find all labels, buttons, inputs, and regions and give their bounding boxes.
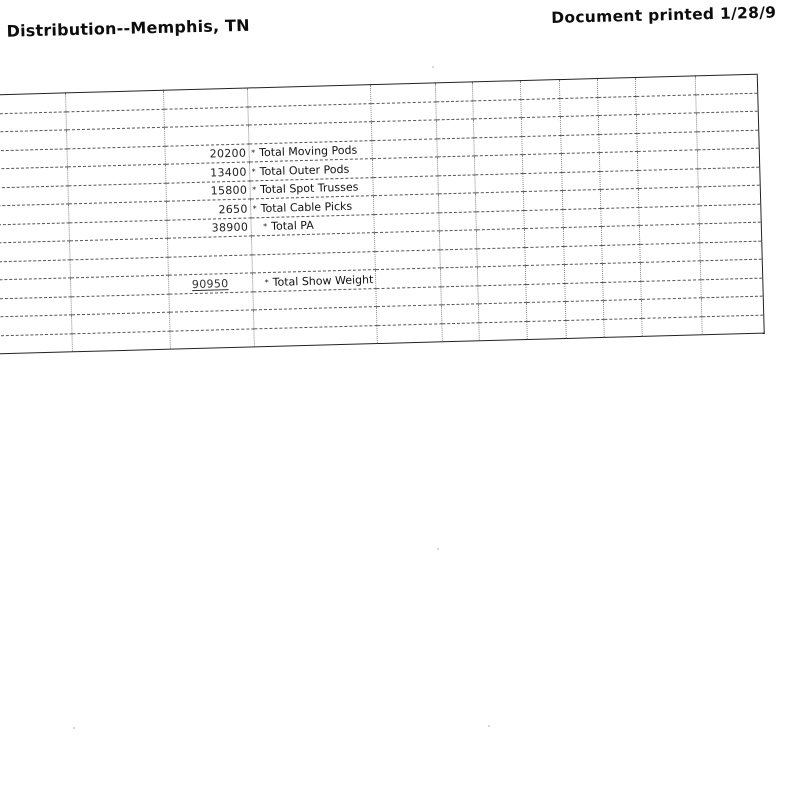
asterisk-marker-icon: * bbox=[252, 167, 256, 176]
empty-cell bbox=[696, 111, 758, 131]
empty-cell bbox=[638, 168, 698, 188]
weight-value-cell: 2650 bbox=[166, 199, 250, 220]
empty-cell bbox=[560, 116, 598, 136]
empty-cell bbox=[599, 133, 637, 153]
empty-cell bbox=[561, 134, 599, 154]
empty-cell bbox=[695, 74, 757, 94]
empty-cell bbox=[602, 262, 640, 282]
empty-cell bbox=[440, 230, 477, 249]
weight-value-cell: 90950 bbox=[168, 273, 252, 294]
empty-cell bbox=[524, 209, 563, 229]
empty-cell bbox=[524, 191, 563, 211]
empty-cell bbox=[638, 187, 698, 207]
empty-cell bbox=[373, 157, 438, 177]
page-title: : Distribution--Memphis, TN bbox=[0, 16, 250, 41]
weight-value-cell: 38900 bbox=[166, 217, 250, 238]
empty-cell bbox=[522, 135, 561, 155]
weight-value-cell: 20200 bbox=[164, 143, 248, 164]
weight-label-text: Total Show Weight bbox=[272, 273, 373, 289]
empty-cell bbox=[436, 100, 473, 119]
empty-cell bbox=[526, 264, 565, 284]
empty-cell bbox=[71, 331, 169, 352]
empty-cell bbox=[640, 242, 700, 262]
empty-cell bbox=[375, 249, 440, 269]
empty-cell bbox=[637, 150, 697, 170]
weight-label-text: Total Spot Trusses bbox=[260, 181, 359, 197]
print-date-stamp: Document printed 1/28/9 bbox=[551, 4, 776, 27]
weight-value-cell bbox=[167, 254, 251, 275]
asterisk-marker-icon: * bbox=[265, 277, 269, 286]
scan-speck bbox=[437, 548, 439, 550]
weight-label: *Total Cable Picks bbox=[252, 199, 352, 215]
weight-label-text: Total Moving Pods bbox=[259, 144, 357, 160]
empty-cell bbox=[479, 303, 527, 323]
weight-distribution-table: 20200*Total Moving Pods13400*Total Outer… bbox=[0, 74, 765, 355]
empty-cell bbox=[701, 296, 763, 316]
weight-label: *Total Moving Pods bbox=[251, 144, 357, 160]
empty-cell bbox=[604, 318, 642, 338]
empty-cell bbox=[641, 279, 701, 299]
spreadsheet-printout: 20200*Total Moving Pods13400*Total Outer… bbox=[0, 74, 765, 355]
empty-cell bbox=[697, 148, 759, 168]
empty-cell bbox=[701, 278, 763, 298]
weight-value-cell bbox=[164, 125, 248, 146]
empty-cell bbox=[474, 136, 522, 156]
empty-cell bbox=[560, 97, 598, 117]
empty-cell bbox=[600, 188, 638, 208]
empty-cell bbox=[371, 83, 436, 103]
empty-cell bbox=[565, 282, 603, 302]
empty-cell bbox=[601, 207, 639, 227]
empty-cell bbox=[375, 231, 440, 251]
weight-label-text: Total Outer Pods bbox=[259, 162, 349, 177]
empty-cell bbox=[437, 137, 474, 156]
asterisk-marker-icon: * bbox=[251, 148, 255, 157]
empty-cell bbox=[599, 151, 637, 171]
empty-cell bbox=[377, 323, 442, 343]
empty-cell bbox=[635, 76, 695, 96]
empty-cell bbox=[521, 98, 560, 118]
empty-cell bbox=[642, 316, 702, 336]
empty-cell bbox=[478, 284, 526, 304]
empty-cell bbox=[639, 224, 699, 244]
empty-cell bbox=[527, 301, 566, 321]
empty-cell bbox=[559, 79, 597, 99]
empty-cell bbox=[473, 99, 521, 119]
empty-cell bbox=[700, 241, 762, 261]
empty-cell bbox=[527, 320, 566, 340]
empty-cell bbox=[525, 246, 564, 266]
empty-cell bbox=[640, 261, 700, 281]
empty-cell bbox=[376, 286, 441, 306]
empty-cell bbox=[475, 155, 523, 175]
weight-label-cell: *Total PA bbox=[250, 214, 374, 236]
empty-cell bbox=[563, 226, 601, 246]
empty-cell bbox=[696, 93, 758, 113]
empty-cell bbox=[562, 171, 600, 191]
empty-cell bbox=[478, 266, 526, 286]
empty-cell bbox=[436, 82, 473, 101]
empty-cell bbox=[372, 120, 437, 140]
weight-label-cell: *Total Show Weight bbox=[252, 270, 376, 292]
empty-cell bbox=[562, 189, 600, 209]
asterisk-marker-icon: * bbox=[263, 222, 267, 231]
empty-cell bbox=[697, 130, 759, 150]
empty-cell bbox=[522, 117, 561, 137]
empty-cell bbox=[520, 80, 559, 100]
empty-cell bbox=[637, 131, 697, 151]
empty-cell bbox=[523, 172, 562, 192]
empty-cell bbox=[699, 222, 761, 242]
empty-cell bbox=[563, 208, 601, 228]
empty-cell bbox=[525, 227, 564, 247]
empty-cell bbox=[438, 156, 475, 175]
empty-cell bbox=[600, 170, 638, 190]
empty-cell bbox=[479, 321, 527, 341]
empty-cell bbox=[473, 81, 521, 101]
weight-value-cell bbox=[167, 236, 251, 257]
weight-label-text: Total PA bbox=[271, 219, 314, 233]
weight-value-cell bbox=[163, 88, 247, 109]
weight-value-cell: 13400 bbox=[165, 162, 249, 183]
empty-cell bbox=[698, 167, 760, 187]
weight-label: *Total Show Weight bbox=[254, 273, 373, 289]
empty-cell bbox=[439, 193, 476, 212]
empty-cell bbox=[597, 77, 635, 97]
empty-cell bbox=[603, 299, 641, 319]
empty-cell bbox=[603, 281, 641, 301]
empty-cell bbox=[374, 212, 439, 232]
empty-cell bbox=[636, 113, 696, 133]
weight-value-cell bbox=[169, 310, 253, 331]
weight-value-cell bbox=[169, 328, 253, 349]
empty-cell bbox=[526, 283, 565, 303]
empty-cell bbox=[475, 173, 523, 193]
asterisk-marker-icon: * bbox=[253, 204, 257, 213]
empty-cell bbox=[639, 205, 699, 225]
empty-cell bbox=[439, 211, 476, 230]
scan-speck bbox=[432, 66, 434, 68]
empty-cell bbox=[373, 175, 438, 195]
empty-cell bbox=[476, 192, 524, 212]
weight-value-cell bbox=[168, 291, 252, 312]
empty-cell bbox=[698, 185, 760, 205]
weight-value-cell: 15800 bbox=[165, 180, 249, 201]
empty-cell bbox=[376, 268, 441, 288]
weight-label: *Total Outer Pods bbox=[251, 162, 349, 178]
empty-cell bbox=[700, 259, 762, 279]
weight-label: *Total Spot Trusses bbox=[252, 181, 359, 197]
empty-cell bbox=[474, 118, 522, 138]
scan-speck bbox=[73, 727, 75, 729]
empty-cell bbox=[564, 245, 602, 265]
empty-cell bbox=[477, 229, 525, 249]
empty-cell bbox=[566, 319, 604, 339]
empty-cell bbox=[636, 94, 696, 114]
weight-label: *Total PA bbox=[253, 219, 314, 234]
empty-cell bbox=[602, 244, 640, 264]
empty-cell bbox=[598, 114, 636, 134]
empty-cell bbox=[442, 304, 479, 323]
empty-cell bbox=[699, 204, 761, 224]
weight-value-cell bbox=[163, 107, 247, 128]
empty-cell bbox=[441, 285, 478, 304]
weight-label-text: Total Cable Picks bbox=[260, 199, 352, 214]
empty-cell bbox=[372, 138, 437, 158]
empty-cell bbox=[523, 154, 562, 174]
empty-cell bbox=[477, 247, 525, 267]
empty-cell bbox=[702, 315, 764, 335]
scan-speck bbox=[488, 725, 490, 727]
empty-cell bbox=[561, 152, 599, 172]
empty-cell bbox=[476, 210, 524, 230]
empty-cell bbox=[442, 322, 479, 341]
empty-cell bbox=[565, 300, 603, 320]
empty-cell bbox=[0, 333, 72, 354]
asterisk-marker-icon: * bbox=[252, 185, 256, 194]
empty-cell bbox=[601, 225, 639, 245]
empty-cell bbox=[374, 194, 439, 214]
empty-cell bbox=[371, 101, 436, 121]
empty-cell bbox=[564, 263, 602, 283]
empty-cell bbox=[437, 119, 474, 138]
empty-cell bbox=[377, 305, 442, 325]
empty-cell bbox=[441, 267, 478, 286]
empty-cell bbox=[253, 325, 377, 347]
empty-cell bbox=[598, 96, 636, 116]
empty-cell bbox=[438, 174, 475, 193]
empty-cell bbox=[440, 248, 477, 267]
empty-cell bbox=[641, 298, 701, 318]
